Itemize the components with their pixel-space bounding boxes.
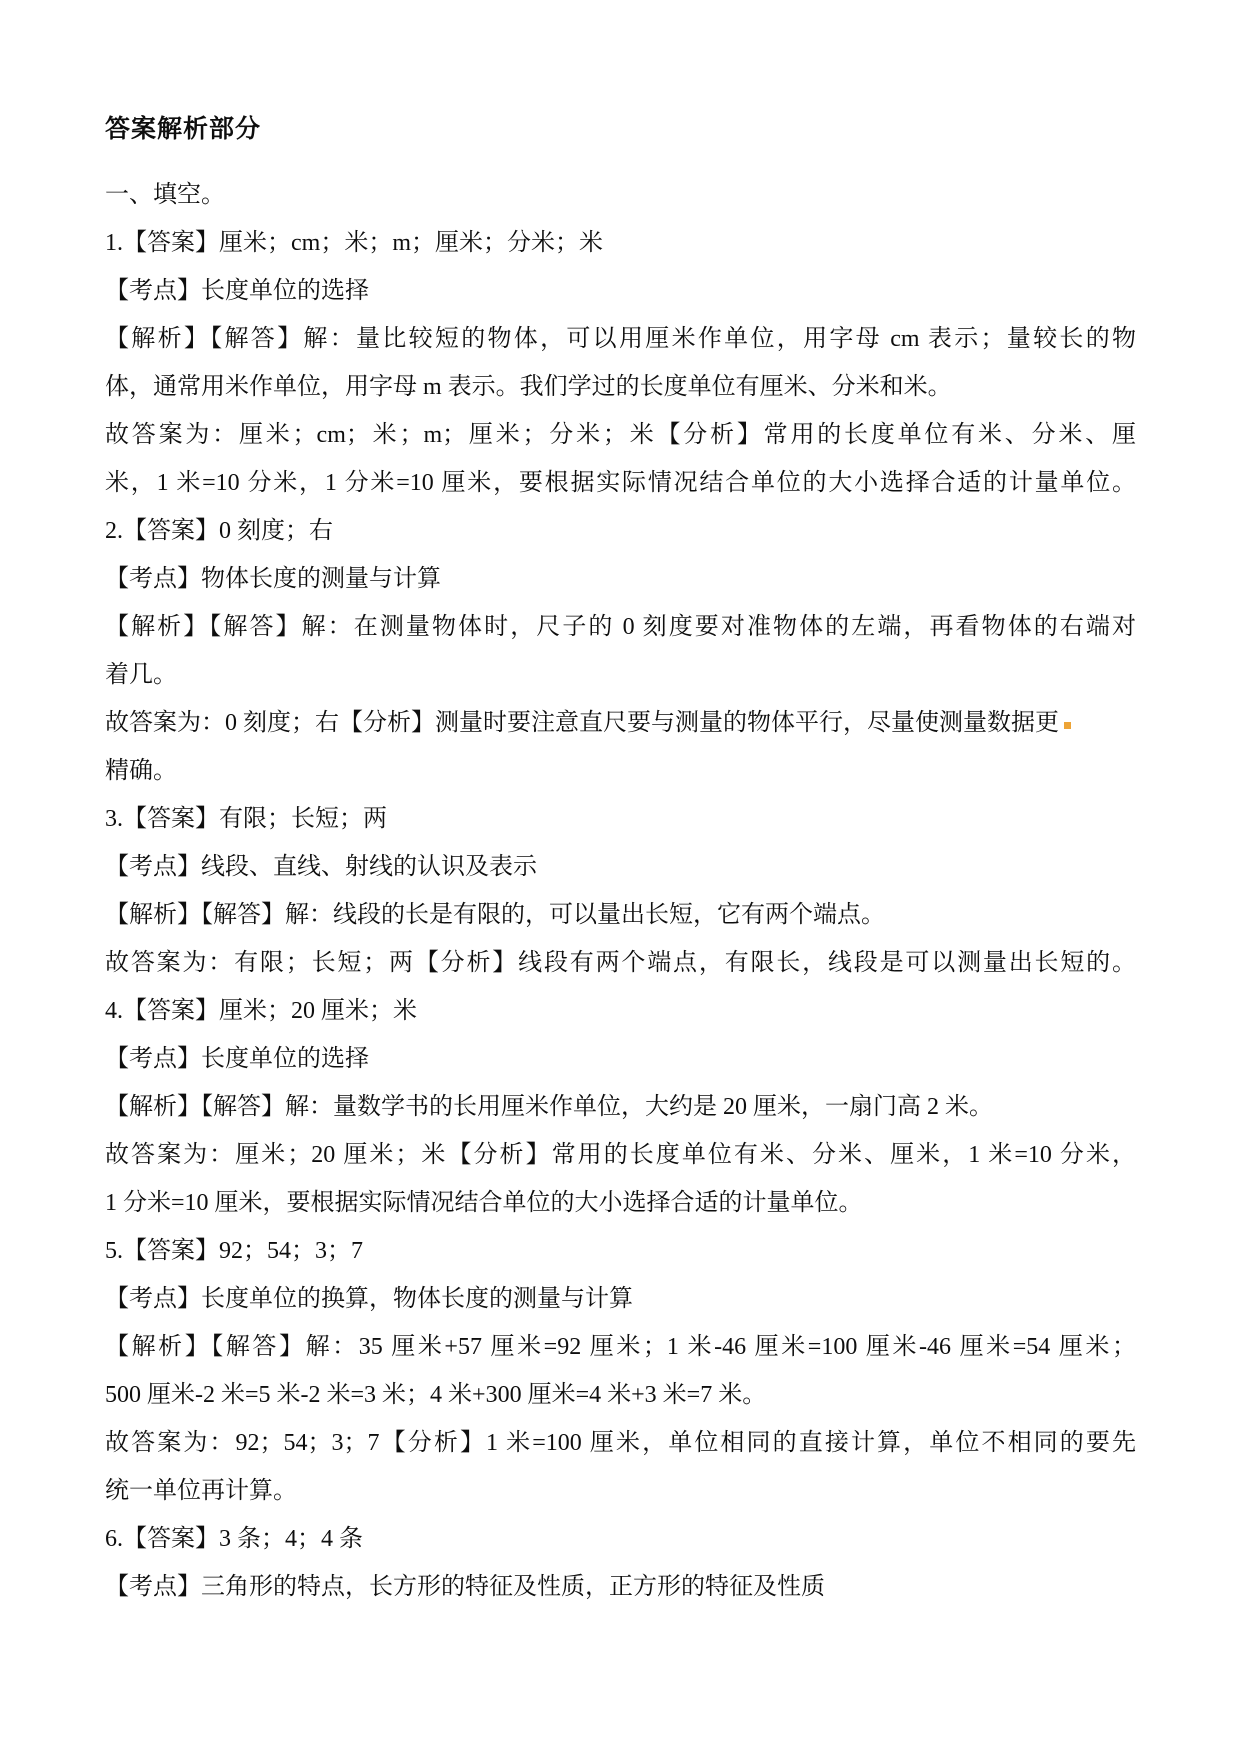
- text-line-content: 3.【答案】有限；长短；两: [105, 806, 387, 832]
- text-line: 着几。: [105, 651, 1136, 699]
- orange-marker-dot: [1064, 722, 1071, 729]
- text-line-content: 4.【答案】厘米；20 厘米；米: [105, 998, 417, 1024]
- text-line: 【解析】【解答】解：量数学书的长用厘米作单位，大约是 20 厘米，一扇门高 2 …: [105, 1083, 1136, 1131]
- document-page: 答案解析部分 一、填空。1.【答案】厘米；cm；米；m；厘米；分米；米【考点】长…: [0, 0, 1241, 1754]
- text-line-content: 【考点】长度单位的选择: [105, 278, 369, 304]
- text-line-content: 500 厘米-2 米=5 米-2 米=3 米；4 米+300 厘米=4 米+3 …: [105, 1382, 766, 1408]
- text-line: 故答案为：厘米；cm；米；m；厘米；分米；米【分析】常用的长度单位有米、分米、厘: [105, 411, 1136, 459]
- text-line: 【解析】【解答】解：量比较短的物体，可以用厘米作单位，用字母 cm 表示；量较长…: [105, 315, 1136, 363]
- text-line-content: 【解析】【解答】解：在测量物体时，尺子的 0 刻度要对准物体的左端，再看物体的右…: [105, 614, 1136, 640]
- text-line-content: 2.【答案】0 刻度；右: [105, 518, 333, 544]
- text-line-content: 体，通常用米作单位，用字母 m 表示。我们学过的长度单位有厘米、分米和米。: [105, 374, 952, 400]
- text-line: 5.【答案】92；54；3；7: [105, 1227, 1136, 1275]
- text-line-content: 故答案为：厘米；cm；米；m；厘米；分米；米【分析】常用的长度单位有米、分米、厘: [105, 422, 1136, 448]
- text-line-content: 着几。: [105, 662, 177, 688]
- text-line: 故答案为：0 刻度；右【分析】测量时要注意直尺要与测量的物体平行，尽量使测量数据…: [105, 699, 1136, 747]
- text-line: 【考点】长度单位的选择: [105, 267, 1136, 315]
- text-line: 体，通常用米作单位，用字母 m 表示。我们学过的长度单位有厘米、分米和米。: [105, 363, 1136, 411]
- text-line-content: 【解析】【解答】解：量比较短的物体，可以用厘米作单位，用字母 cm 表示；量较长…: [105, 326, 1136, 352]
- text-line: 500 厘米-2 米=5 米-2 米=3 米；4 米+300 厘米=4 米+3 …: [105, 1371, 1136, 1419]
- text-line-content: 【解析】【解答】解：量数学书的长用厘米作单位，大约是 20 厘米，一扇门高 2 …: [105, 1094, 993, 1120]
- text-line: 米，1 米=10 分米，1 分米=10 厘米，要根据实际情况结合单位的大小选择合…: [105, 459, 1136, 507]
- text-line: 3.【答案】有限；长短；两: [105, 795, 1136, 843]
- text-line-content: 【解析】【解答】解：35 厘米+57 厘米=92 厘米；1 米-46 厘米=10…: [105, 1334, 1136, 1360]
- document-title: 答案解析部分: [105, 106, 1136, 154]
- text-line-content: 故答案为：0 刻度；右【分析】测量时要注意直尺要与测量的物体平行，尽量使测量数据…: [105, 710, 1059, 736]
- text-line: 【考点】三角形的特点，长方形的特征及性质，正方形的特征及性质: [105, 1563, 1136, 1611]
- document-body: 一、填空。1.【答案】厘米；cm；米；m；厘米；分米；米【考点】长度单位的选择【…: [105, 171, 1136, 1611]
- text-line-content: 【考点】物体长度的测量与计算: [105, 566, 441, 592]
- text-line: 一、填空。: [105, 171, 1136, 219]
- text-line-content: 精确。: [105, 758, 177, 784]
- text-line-content: 1 分米=10 厘米，要根据实际情况结合单位的大小选择合适的计量单位。: [105, 1190, 863, 1216]
- text-line-content: 【考点】长度单位的换算，物体长度的测量与计算: [105, 1286, 633, 1312]
- text-line-content: 统一单位再计算。: [105, 1478, 297, 1504]
- text-line: 1.【答案】厘米；cm；米；m；厘米；分米；米: [105, 219, 1136, 267]
- text-line-content: 【考点】三角形的特点，长方形的特征及性质，正方形的特征及性质: [105, 1574, 825, 1600]
- text-line: 【考点】线段、直线、射线的认识及表示: [105, 843, 1136, 891]
- text-line-content: 故答案为：厘米；20 厘米；米【分析】常用的长度单位有米、分米、厘米，1 米=1…: [105, 1142, 1136, 1168]
- text-line-content: 【考点】长度单位的选择: [105, 1046, 369, 1072]
- text-line: 6.【答案】3 条；4；4 条: [105, 1515, 1136, 1563]
- text-line: 4.【答案】厘米；20 厘米；米: [105, 987, 1136, 1035]
- text-line-content: 6.【答案】3 条；4；4 条: [105, 1526, 363, 1552]
- text-line: 【考点】长度单位的换算，物体长度的测量与计算: [105, 1275, 1136, 1323]
- text-line-content: 故答案为：92；54；3；7【分析】1 米=100 厘米，单位相同的直接计算，单…: [105, 1430, 1136, 1456]
- text-line-content: 米，1 米=10 分米，1 分米=10 厘米，要根据实际情况结合单位的大小选择合…: [105, 470, 1136, 496]
- text-line: 2.【答案】0 刻度；右: [105, 507, 1136, 555]
- text-line-content: 5.【答案】92；54；3；7: [105, 1238, 363, 1264]
- text-line: 【解析】【解答】解：线段的长是有限的，可以量出长短，它有两个端点。: [105, 891, 1136, 939]
- text-line-content: 一、填空。: [105, 182, 225, 208]
- text-line: 1 分米=10 厘米，要根据实际情况结合单位的大小选择合适的计量单位。: [105, 1179, 1136, 1227]
- text-line-content: 【考点】线段、直线、射线的认识及表示: [105, 854, 537, 880]
- text-line: 【解析】【解答】解：35 厘米+57 厘米=92 厘米；1 米-46 厘米=10…: [105, 1323, 1136, 1371]
- text-line-content: 1.【答案】厘米；cm；米；m；厘米；分米；米: [105, 230, 603, 256]
- text-line: 故答案为：92；54；3；7【分析】1 米=100 厘米，单位相同的直接计算，单…: [105, 1419, 1136, 1467]
- text-line: 故答案为：有限；长短；两【分析】线段有两个端点，有限长，线段是可以测量出长短的。: [105, 939, 1136, 987]
- text-line: 【考点】长度单位的选择: [105, 1035, 1136, 1083]
- text-line-content: 【解析】【解答】解：线段的长是有限的，可以量出长短，它有两个端点。: [105, 902, 885, 928]
- text-line: 故答案为：厘米；20 厘米；米【分析】常用的长度单位有米、分米、厘米，1 米=1…: [105, 1131, 1136, 1179]
- text-line: 【解析】【解答】解：在测量物体时，尺子的 0 刻度要对准物体的左端，再看物体的右…: [105, 603, 1136, 651]
- text-line-content: 故答案为：有限；长短；两【分析】线段有两个端点，有限长，线段是可以测量出长短的。: [105, 950, 1136, 976]
- text-line: 精确。: [105, 747, 1136, 795]
- text-line: 统一单位再计算。: [105, 1467, 1136, 1515]
- text-line: 【考点】物体长度的测量与计算: [105, 555, 1136, 603]
